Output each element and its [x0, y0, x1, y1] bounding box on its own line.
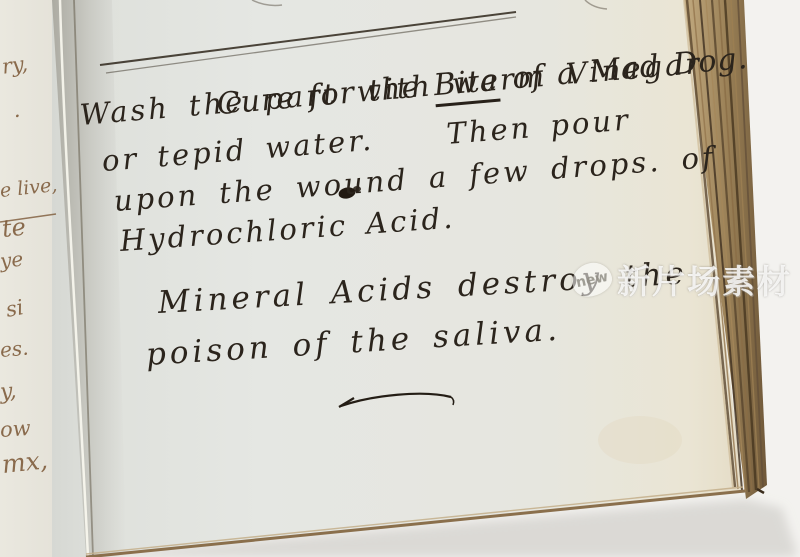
left-page-fragment: ry,: [0, 52, 29, 79]
left-page-fragment: y,: [0, 379, 18, 405]
left-page-fragment: ye: [0, 247, 24, 273]
left-page-fragment: mx,: [0, 445, 49, 479]
left-page-fragment: es.: [0, 336, 29, 362]
page-stain: [598, 416, 682, 464]
notebook-photo: ry, . e live, te ye si es. y, ow mx, Cur…: [0, 0, 800, 557]
left-page-fragment: ow: [0, 416, 31, 442]
left-page-fragment: te: [1, 213, 28, 243]
left-page-fragment: .: [14, 98, 21, 122]
